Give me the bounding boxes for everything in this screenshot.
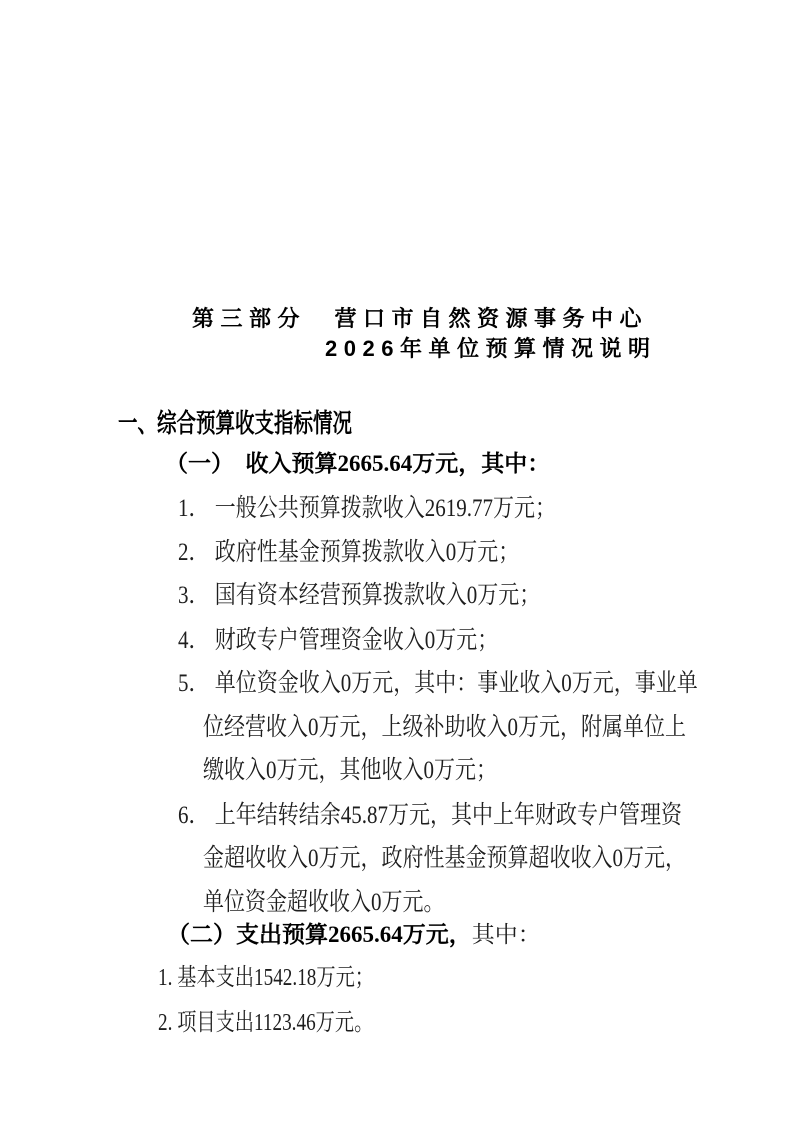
doc-title-line-1: 第三部分 营口市自然资源事务中心 [192,308,648,330]
section-heading: 一、综合预算收支指标情况 [118,410,352,436]
income-item-6-line-2: 金超收收入0万元，政府性基金预算超收收入0万元， [203,846,686,871]
expenditure-heading: （二）支出预算2665.64万元，其中： [167,923,541,946]
income-item-6-line-1: 6． 上年结转结余45.87万元，其中上年财政专户管理资 [178,803,682,828]
income-item-5-line-2: 位经营收入0万元，上级补助收入0万元，附属单位上 [203,715,686,740]
income-item-6-line-3: 单位资金超收收入0万元。 [203,890,445,915]
income-item-2: 2． 政府性基金预算拨款收入0万元； [178,540,519,565]
income-heading: （一） 收入预算2665.64万元，其中： [165,452,550,475]
income-item-4: 4． 财政专户管理资金收入0万元； [178,628,498,653]
document-page: 第三部分 营口市自然资源事务中心 2026年单位预算情况说明 一、综合预算收支指… [0,0,793,1122]
expenditure-heading-regular: 其中： [472,922,541,947]
income-item-5-line-3: 缴收入0万元，其他收入0万元； [203,758,497,783]
expenditure-item-2: 2. 项目支出1123.46万元。 [158,1011,373,1035]
expenditure-item-1: 1. 基本支出1542.18万元； [158,966,374,990]
income-item-3: 3． 国有资本经营预算拨款收入0万元； [178,583,540,608]
income-item-5-line-1: 5． 单位资金收入0万元，其中：事业收入0万元，事业单 [178,671,698,696]
doc-title-line-2: 2026年单位预算情况说明 [325,338,656,360]
income-item-1: 1． 一般公共预算拨款收入2619.77万元； [178,496,556,521]
expenditure-heading-bold: （二）支出预算2665.64万元， [167,922,472,947]
